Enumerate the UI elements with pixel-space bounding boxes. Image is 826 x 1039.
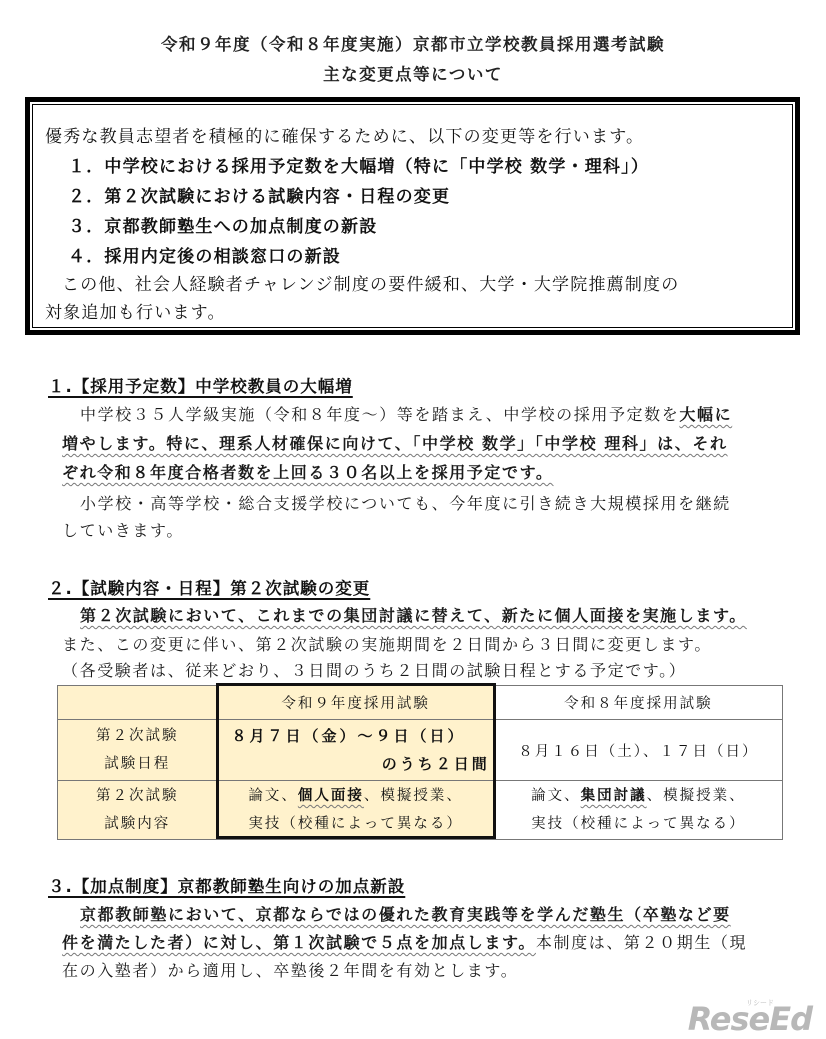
r8-content-emphasis: 集団討議 — [581, 788, 647, 804]
r9-content-emphasis: 個人面接 — [298, 788, 364, 804]
table-row: 第２次試験 試験内容 論文、個人面接、模擬授業、 実技（校種によって異なる） 論… — [58, 781, 783, 840]
table-header-r8: 令和８年度採用試験 — [494, 686, 782, 720]
section-2-para-line2: また、この変更に伴い、第２次試験の実施期間を２日間から３日間に変更します。 — [62, 632, 712, 655]
section-1-para2-line1: 小学校・高等学校・総合支援学校についても、今年度に引き続き大規模採用を継続 — [80, 491, 731, 514]
r8-schedule-cell: ８月１６日（土）、１７日（日） — [494, 720, 782, 781]
r9-schedule-dates: ８月７日（金）～９日（日） — [218, 722, 494, 750]
text: 論文、 — [248, 788, 298, 804]
document-subtitle: 主な変更点等について — [0, 61, 826, 85]
summary-item-2: ２．第２次試験における試験内容・日程の変更 — [68, 182, 450, 207]
section-3-para-line2-text: 本制度は、第２０期生（現 — [536, 933, 747, 952]
r8-content-line2: 実技（校種によって異なる） — [495, 810, 782, 838]
summary-note-line1: この他、社会人経験者チャレンジ制度の要件緩和、大学・大学院推薦制度の — [62, 270, 679, 295]
summary-note-line2: 対象追加も行います。 — [45, 298, 226, 323]
row-label-line1: 第２次試験 — [58, 722, 217, 750]
document-title: 令和９年度（令和８年度実施）京都市立学校教員採用選考試験 — [0, 31, 826, 55]
section-3-para-line3: 在の入塾者）から適用し、卒塾後２年間を有効とします。 — [62, 958, 518, 981]
section-2-para-line3: （各受験者は、従来どおり、３日間のうち２日間の試験日程とする予定です。） — [62, 658, 686, 681]
r9-schedule-cell: ８月７日（金）～９日（日） のうち２日間 — [217, 720, 494, 781]
text: 、模擬授業、 — [647, 788, 746, 804]
section-3-para-line2: 件を満たした者）に対し、第１次試験で５点を加点します。本制度は、第２０期生（現 — [62, 930, 747, 953]
summary-item-3: ３．京都教師塾生への加点制度の新設 — [68, 212, 377, 237]
section-3-emphasis: 件を満たした者）に対し、第１次試験で５点を加点します。 — [62, 933, 536, 952]
row-label-content: 第２次試験 試験内容 — [58, 781, 218, 840]
section-1-para1-line3: ぞれ令和８年度合格者数を上回る３０名以上を採用予定です。 — [62, 460, 554, 483]
r8-content-cell: 論文、集団討議、模擬授業、 実技（校種によって異なる） — [494, 781, 782, 840]
section-1-para1-line1-text: 中学校３５人学級実施（令和８年度～）等を踏まえ、中学校の採用予定数を — [80, 405, 679, 424]
section-1-para1-line2: 増やします。特に、理系人材確保に向けて、「中学校 数学」「中学校 理科」は、それ — [62, 431, 728, 454]
summary-box: 優秀な教員志望者を積極的に確保するために、以下の変更等を行います。 １．中学校に… — [25, 97, 800, 335]
reseed-watermark-logo: ReseEd — [688, 1000, 812, 1038]
schedule-comparison-table: 令和９年度採用試験 令和８年度採用試験 第２次試験 試験日程 ８月７日（金）～９… — [57, 685, 783, 840]
section-1-emphasis: 大幅に — [679, 405, 732, 424]
section-3-para-line1: 京都教師塾において、京都ならではの優れた教育実践等を学んだ塾生（卒塾など要 — [80, 902, 731, 925]
r8-content-line1: 論文、集団討議、模擬授業、 — [495, 782, 782, 810]
r9-content-line2: 実技（校種によって異なる） — [218, 810, 494, 838]
r9-schedule-note: のうち２日間 — [218, 750, 494, 778]
summary-intro: 優秀な教員志望者を積極的に確保するために、以下の変更等を行います。 — [45, 122, 644, 147]
summary-item-1: １．中学校における採用予定数を大幅増（特に「中学校 数学・理科」） — [68, 152, 649, 177]
section-1-para2-line2: していきます。 — [62, 518, 184, 541]
table-row: 第２次試験 試験日程 ８月７日（金）～９日（日） のうち２日間 ８月１６日（土）… — [58, 720, 783, 781]
text: 、模擬授業、 — [364, 788, 463, 804]
row-label-line2: 試験内容 — [58, 810, 217, 838]
table-header-row: 令和９年度採用試験 令和８年度採用試験 — [58, 686, 783, 720]
text: 論文、 — [531, 788, 581, 804]
row-label-line2: 試験日程 — [58, 750, 217, 778]
section-2-heading: ２.【試験内容・日程】第２次試験の変更 — [48, 575, 370, 599]
section-1-para1-line1: 中学校３５人学級実施（令和８年度～）等を踏まえ、中学校の採用予定数を大幅に — [80, 402, 732, 425]
table-header-r9: 令和９年度採用試験 — [217, 686, 494, 720]
summary-item-4: ４．採用内定後の相談窓口の新設 — [68, 242, 341, 267]
table-header-empty — [58, 686, 218, 720]
row-label-schedule: 第２次試験 試験日程 — [58, 720, 218, 781]
section-1-heading: １.【採用予定数】中学校教員の大幅増 — [48, 373, 353, 397]
section-3-heading: ３.【加点制度】京都教師塾生向けの加点新設 — [48, 873, 405, 897]
row-label-line1: 第２次試験 — [58, 782, 217, 810]
section-2-para-line1: 第２次試験において、これまでの集団討議に替えて、新たに個人面接を実施します。 — [80, 603, 747, 626]
r9-content-cell: 論文、個人面接、模擬授業、 実技（校種によって異なる） — [217, 781, 494, 840]
r9-content-line1: 論文、個人面接、模擬授業、 — [218, 782, 494, 810]
